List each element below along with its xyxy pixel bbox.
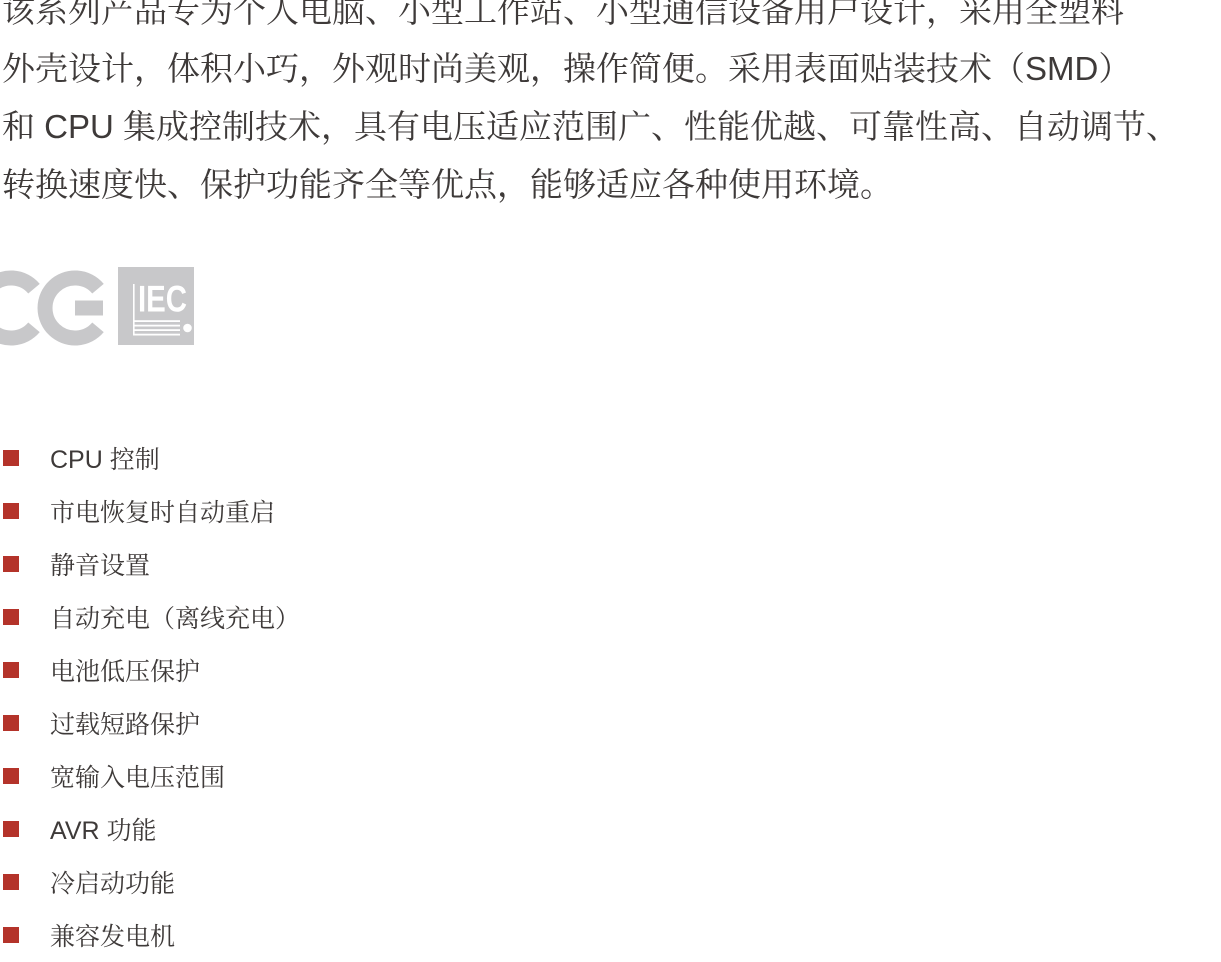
feature-label: 自动充电（离线充电） <box>50 599 300 635</box>
feature-item: CPU 控制 <box>3 431 300 484</box>
ce-mark-icon <box>0 270 111 346</box>
feature-label: 市电恢复时自动重启 <box>50 493 275 529</box>
feature-list: CPU 控制 市电恢复时自动重启 静音设置 自动充电（离线充电） 电池低压保护 … <box>3 431 300 961</box>
feature-item: 冷启动功能 <box>3 855 300 908</box>
red-square-bullet-icon <box>3 503 19 519</box>
red-square-bullet-icon <box>3 874 19 890</box>
feature-label: 兼容发电机 <box>50 917 175 953</box>
feature-label: 冷启动功能 <box>50 864 175 900</box>
feature-label: AVR 功能 <box>50 811 157 847</box>
product-description-page: 该系列产品专为个人电脑、小型工作站、小型通信设备用户设计，采用全塑料 外壳设计，… <box>0 0 1221 962</box>
feature-item: 过载短路保护 <box>3 696 300 749</box>
red-square-bullet-icon <box>3 556 19 572</box>
red-square-bullet-icon <box>3 609 19 625</box>
iec-mark-icon: IEC <box>118 267 194 345</box>
red-square-bullet-icon <box>3 450 19 466</box>
feature-item: 市电恢复时自动重启 <box>3 484 300 537</box>
red-square-bullet-icon <box>3 715 19 731</box>
red-square-bullet-icon <box>3 768 19 784</box>
red-square-bullet-icon <box>3 821 19 837</box>
feature-item: 自动充电（离线充电） <box>3 590 300 643</box>
feature-label: 过载短路保护 <box>50 705 200 741</box>
certification-logos: IEC <box>0 0 400 360</box>
feature-label: CPU 控制 <box>50 440 160 476</box>
red-square-bullet-icon <box>3 662 19 678</box>
red-square-bullet-icon <box>3 927 19 943</box>
feature-item: 电池低压保护 <box>3 643 300 696</box>
iec-letters: IEC <box>138 279 187 320</box>
feature-label: 宽输入电压范围 <box>50 758 225 794</box>
feature-item: 静音设置 <box>3 537 300 590</box>
feature-item: AVR 功能 <box>3 802 300 855</box>
feature-item: 宽输入电压范围 <box>3 749 300 802</box>
feature-item: 兼容发电机 <box>3 908 300 961</box>
feature-label: 静音设置 <box>50 546 150 582</box>
feature-label: 电池低压保护 <box>50 652 200 688</box>
